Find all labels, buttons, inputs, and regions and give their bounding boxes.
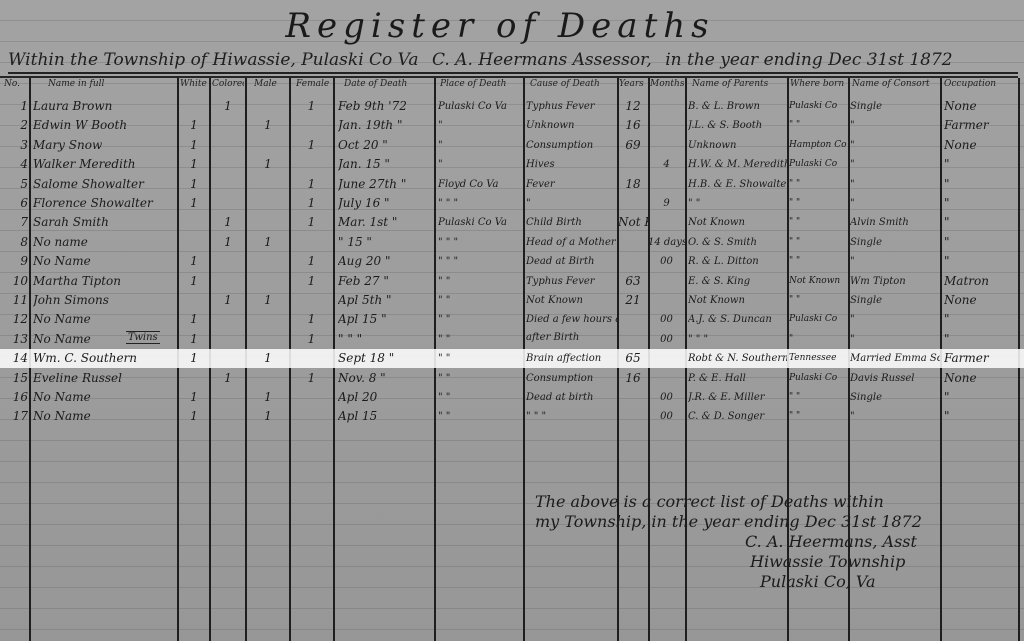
- table-row: 11John Simons11Apl 5th "" "Not Known21No…: [0, 291, 1024, 310]
- cell-place: ": [438, 155, 523, 174]
- cell-female: [290, 388, 333, 407]
- cell-consort: ": [850, 310, 940, 329]
- cell-consort: Single: [850, 388, 940, 407]
- cell-female: 1: [290, 213, 333, 232]
- cell-cause: Typhus Fever: [526, 272, 617, 291]
- cell-consort: ": [850, 175, 940, 194]
- document-subtitle: Within the Township of Hiwassie, Pulaski…: [8, 50, 1018, 74]
- cell-consort: Married Emma Southern: [850, 349, 940, 368]
- cell-female: [290, 155, 333, 174]
- cell-no: 5: [2, 175, 30, 194]
- cell-male: [246, 310, 290, 329]
- cell-female: [290, 233, 333, 252]
- cell-years: 63: [618, 272, 648, 291]
- cell-cause: Head of a Mother: [526, 233, 617, 252]
- cell-place: Pulaski Co Va: [438, 97, 523, 116]
- cell-name: Salome Showalter: [33, 175, 178, 194]
- cell-consort: ": [850, 194, 940, 213]
- cell-male: 1: [246, 291, 290, 310]
- cell-months: 00: [648, 407, 685, 426]
- table-row: 6Florence Showalter11July 16 "" " ""9" "…: [0, 194, 1024, 213]
- cell-months: [648, 272, 685, 291]
- cell-parents: Not Known: [688, 213, 787, 232]
- cell-white: [178, 97, 210, 116]
- cell-colored: [210, 272, 246, 291]
- cell-parents: B. & L. Brown: [688, 97, 787, 116]
- cell-years: [618, 310, 648, 329]
- cell-cause: Typhus Fever: [526, 97, 617, 116]
- cell-male: [246, 97, 290, 116]
- cell-parents: C. & D. Songer: [688, 407, 787, 426]
- cell-no: 3: [2, 136, 30, 155]
- cell-no: 8: [2, 233, 30, 252]
- cell-name: No Name: [33, 252, 178, 271]
- cell-place: " ": [438, 330, 523, 349]
- cell-female: 1: [290, 175, 333, 194]
- cell-white: 1: [178, 349, 210, 368]
- certification-block: The above is a correct list of Deaths wi…: [535, 492, 1015, 592]
- cell-date: Nov. 8 ": [338, 369, 434, 388]
- cell-colored: 1: [210, 369, 246, 388]
- cell-colored: [210, 116, 246, 135]
- cell-no: 15: [2, 369, 30, 388]
- cell-date: June 27th ": [338, 175, 434, 194]
- cell-place: " ": [438, 407, 523, 426]
- cell-female: 1: [290, 136, 333, 155]
- cell-place: " ": [438, 310, 523, 329]
- cell-white: 1: [178, 388, 210, 407]
- cell-where-born: Pulaski Co: [789, 369, 848, 388]
- table-row: 15Eveline Russel11Nov. 8 "" "Consumption…: [0, 369, 1024, 388]
- register-page: Register of Deaths Within the Township o…: [0, 0, 1024, 641]
- table-row: 14Wm. C. Southern11Sept 18 "" "Brain aff…: [0, 349, 1024, 368]
- cell-months: [648, 136, 685, 155]
- cell-name: Laura Brown: [33, 97, 178, 116]
- cell-female: [290, 407, 333, 426]
- certification-line-2: my Township, in the year ending Dec 31st…: [535, 512, 1015, 532]
- header-place: Place of Death: [440, 79, 522, 95]
- header-months: Months: [650, 79, 684, 95]
- cell-date: Jan. 15 ": [338, 155, 434, 174]
- cell-where-born: " ": [789, 233, 848, 252]
- cell-months: [648, 213, 685, 232]
- cell-female: 1: [290, 97, 333, 116]
- cell-no: 10: [2, 272, 30, 291]
- table-row: 5Salome Showalter11June 27th "Floyd Co V…: [0, 175, 1024, 194]
- cell-consort: ": [850, 136, 940, 155]
- cell-place: " " ": [438, 194, 523, 213]
- cell-occupation: None: [944, 97, 1018, 116]
- cell-no: 1: [2, 97, 30, 116]
- twins-annotation: Twins: [126, 331, 160, 344]
- cell-months: [648, 116, 685, 135]
- cell-parents: " ": [688, 194, 787, 213]
- cell-where-born: " ": [789, 407, 848, 426]
- cell-colored: 1: [210, 291, 246, 310]
- cell-months: [648, 175, 685, 194]
- cell-months: [648, 291, 685, 310]
- cell-months: [648, 369, 685, 388]
- cell-place: " ": [438, 388, 523, 407]
- cell-occupation: ": [944, 155, 1018, 174]
- cell-female: 1: [290, 369, 333, 388]
- cell-name: Eveline Russel: [33, 369, 178, 388]
- cell-date: Aug 20 ": [338, 252, 434, 271]
- cell-female: 1: [290, 194, 333, 213]
- table-row: 7Sarah Smith11Mar. 1st "Pulaski Co VaChi…: [0, 213, 1024, 232]
- header-parents: Name of Parents: [692, 79, 786, 95]
- cell-male: 1: [246, 388, 290, 407]
- cell-no: 4: [2, 155, 30, 174]
- cell-months: 00: [648, 388, 685, 407]
- cell-consort: ": [850, 116, 940, 135]
- cell-years: 69: [618, 136, 648, 155]
- cell-occupation: ": [944, 407, 1018, 426]
- cell-years: 16: [618, 369, 648, 388]
- cell-no: 17: [2, 407, 30, 426]
- cell-cause: Not Known: [526, 291, 617, 310]
- cell-no: 12: [2, 310, 30, 329]
- cell-colored: 1: [210, 233, 246, 252]
- header-name: Name in full: [48, 79, 176, 95]
- cell-where-born: Hampton Co: [789, 136, 848, 155]
- cell-male: [246, 136, 290, 155]
- cell-date: Feb 27 ": [338, 272, 434, 291]
- cell-place: ": [438, 136, 523, 155]
- cell-female: [290, 349, 333, 368]
- cell-consort: Davis Russel: [850, 369, 940, 388]
- cell-where-born: Tennessee: [789, 349, 848, 368]
- header-female: Female: [296, 79, 332, 95]
- cell-cause: Brain affection: [526, 349, 617, 368]
- cell-no: 9: [2, 252, 30, 271]
- cell-where-born: Pulaski Co: [789, 310, 848, 329]
- cell-cause: Consumption: [526, 369, 617, 388]
- cell-white: [178, 233, 210, 252]
- subtitle-assessor: C. A. Heermans Assessor,: [432, 50, 652, 70]
- cell-white: 1: [178, 272, 210, 291]
- cell-years: 12: [618, 97, 648, 116]
- cell-name: Wm. C. Southern: [33, 349, 178, 368]
- cell-occupation: ": [944, 233, 1018, 252]
- cell-date: Apl 15 ": [338, 310, 434, 329]
- cell-parents: A.J. & S. Duncan: [688, 310, 787, 329]
- cell-parents: Unknown: [688, 136, 787, 155]
- cell-where-born: " ": [789, 252, 848, 271]
- cell-place: " ": [438, 369, 523, 388]
- cell-name: No Name: [33, 310, 178, 329]
- cell-cause: Fever: [526, 175, 617, 194]
- cell-occupation: Farmer: [944, 116, 1018, 135]
- header-cause: Cause of Death: [530, 79, 616, 95]
- cell-occupation: ": [944, 330, 1018, 349]
- cell-occupation: None: [944, 291, 1018, 310]
- cell-years: [618, 233, 648, 252]
- subtitle-year: in the year ending Dec 31st 1872: [665, 50, 952, 70]
- cell-occupation: ": [944, 175, 1018, 194]
- cell-years: [618, 194, 648, 213]
- cell-male: 1: [246, 233, 290, 252]
- table-row: 9No Name11Aug 20 "" " "Dead at Birth00R.…: [0, 252, 1024, 271]
- cell-white: 1: [178, 407, 210, 426]
- cell-female: 1: [290, 330, 333, 349]
- cell-male: 1: [246, 116, 290, 135]
- cell-cause: Child Birth: [526, 213, 617, 232]
- cell-colored: [210, 175, 246, 194]
- cell-years: 65: [618, 349, 648, 368]
- header-consort: Name of Consort: [852, 79, 938, 95]
- cell-male: [246, 369, 290, 388]
- cell-consort: Single: [850, 233, 940, 252]
- cell-parents: O. & S. Smith: [688, 233, 787, 252]
- cell-months: 00: [648, 330, 685, 349]
- cell-male: 1: [246, 349, 290, 368]
- cell-cause: Dead at birth: [526, 388, 617, 407]
- cell-white: 1: [178, 136, 210, 155]
- signature-county: Pulaski Co, Va: [535, 572, 1015, 592]
- cell-place: " ": [438, 291, 523, 310]
- cell-female: [290, 116, 333, 135]
- cell-white: 1: [178, 116, 210, 135]
- cell-male: 1: [246, 155, 290, 174]
- cell-occupation: ": [944, 252, 1018, 271]
- cell-years: [618, 388, 648, 407]
- cell-white: [178, 291, 210, 310]
- cell-cause: " " ": [526, 407, 617, 426]
- cell-female: [290, 291, 333, 310]
- cell-years: Not Known: [618, 213, 648, 232]
- cell-date: " " ": [338, 330, 434, 349]
- cell-place: " ": [438, 272, 523, 291]
- cell-colored: [210, 310, 246, 329]
- cell-name: Florence Showalter: [33, 194, 178, 213]
- cell-where-born: " ": [789, 388, 848, 407]
- header-male: Male: [254, 79, 288, 95]
- table-row: 16No Name11Apl 20" "Dead at birth00J.R. …: [0, 388, 1024, 407]
- cell-name: Martha Tipton: [33, 272, 178, 291]
- cell-no: 6: [2, 194, 30, 213]
- cell-male: 1: [246, 407, 290, 426]
- cell-parents: E. & S. King: [688, 272, 787, 291]
- cell-months: 9: [648, 194, 685, 213]
- cell-colored: [210, 330, 246, 349]
- certification-line-1: The above is a correct list of Deaths wi…: [535, 492, 1015, 512]
- cell-occupation: None: [944, 369, 1018, 388]
- cell-consort: ": [850, 252, 940, 271]
- header-rule: [0, 76, 1018, 78]
- signature-township: Hiwassie Township: [535, 552, 1015, 572]
- cell-parents: H.B. & E. Showalter: [688, 175, 787, 194]
- cell-date: Apl 15: [338, 407, 434, 426]
- cell-name: No name: [33, 233, 178, 252]
- cell-white: 1: [178, 310, 210, 329]
- cell-cause: Died a few hours after Birth: [526, 310, 617, 329]
- cell-female: 1: [290, 252, 333, 271]
- cell-years: [618, 155, 648, 174]
- cell-consort: Single: [850, 97, 940, 116]
- cell-place: " " ": [438, 252, 523, 271]
- cell-name: Sarah Smith: [33, 213, 178, 232]
- cell-where-born: Pulaski Co: [789, 97, 848, 116]
- cell-male: [246, 330, 290, 349]
- cell-colored: [210, 388, 246, 407]
- cell-where-born: " ": [789, 175, 848, 194]
- cell-parents: H.W. & M. Meredith: [688, 155, 787, 174]
- cell-cause: Consumption: [526, 136, 617, 155]
- cell-years: 18: [618, 175, 648, 194]
- cell-parents: P. & E. Hall: [688, 369, 787, 388]
- cell-white: 1: [178, 330, 210, 349]
- cell-occupation: Matron: [944, 272, 1018, 291]
- cell-months: 4: [648, 155, 685, 174]
- header-where-born: Where born: [790, 79, 846, 95]
- cell-consort: Alvin Smith: [850, 213, 940, 232]
- cell-where-born: Pulaski Co: [789, 155, 848, 174]
- cell-place: " " ": [438, 233, 523, 252]
- header-no: No.: [4, 79, 28, 95]
- cell-date: Apl 20: [338, 388, 434, 407]
- cell-no: 14: [2, 349, 30, 368]
- cell-male: [246, 175, 290, 194]
- assessor-signature: C. A. Heermans, Asst: [535, 532, 1015, 552]
- cell-where-born: " ": [789, 116, 848, 135]
- cell-where-born: ": [789, 330, 848, 349]
- cell-date: Apl 5th ": [338, 291, 434, 310]
- cell-years: 21: [618, 291, 648, 310]
- cell-male: [246, 213, 290, 232]
- cell-no: 13: [2, 330, 30, 349]
- cell-no: 11: [2, 291, 30, 310]
- cell-name: No Name: [33, 407, 178, 426]
- table-row: 1Laura Brown11Feb 9th '72Pulaski Co VaTy…: [0, 97, 1024, 116]
- cell-white: [178, 369, 210, 388]
- cell-place: " ": [438, 349, 523, 368]
- document-title: Register of Deaths: [230, 6, 770, 46]
- cell-male: [246, 194, 290, 213]
- cell-colored: [210, 155, 246, 174]
- header-white: White: [180, 79, 208, 95]
- cell-date: Feb 9th '72: [338, 97, 434, 116]
- cell-white: 1: [178, 155, 210, 174]
- cell-occupation: ": [944, 213, 1018, 232]
- cell-parents: Not Known: [688, 291, 787, 310]
- cell-white: [178, 213, 210, 232]
- cell-white: 1: [178, 252, 210, 271]
- cell-name: No Name: [33, 388, 178, 407]
- cell-parents: J.R. & E. Miller: [688, 388, 787, 407]
- cell-colored: [210, 407, 246, 426]
- cell-cause: ": [526, 194, 617, 213]
- cell-where-born: " ": [789, 194, 848, 213]
- cell-date: Sept 18 ": [338, 349, 434, 368]
- cell-parents: R. & L. Ditton: [688, 252, 787, 271]
- header-date: Date of Death: [344, 79, 432, 95]
- cell-years: [618, 252, 648, 271]
- cell-parents: Robt & N. Southern: [688, 349, 787, 368]
- cell-date: Jan. 19th ": [338, 116, 434, 135]
- cell-male: [246, 272, 290, 291]
- cell-cause: Unknown: [526, 116, 617, 135]
- cell-occupation: Farmer: [944, 349, 1018, 368]
- cell-months: [648, 97, 685, 116]
- cell-occupation: ": [944, 310, 1018, 329]
- table-row: 3Mary Snow11Oct 20 ""Consumption69Unknow…: [0, 136, 1024, 155]
- cell-colored: [210, 252, 246, 271]
- header-colored: Colored: [212, 79, 244, 95]
- cell-colored: 1: [210, 213, 246, 232]
- cell-date: " 15 ": [338, 233, 434, 252]
- cell-no: 7: [2, 213, 30, 232]
- cell-occupation: ": [944, 194, 1018, 213]
- cell-where-born: Not Known: [789, 272, 848, 291]
- cell-colored: 1: [210, 97, 246, 116]
- cell-white: 1: [178, 175, 210, 194]
- cell-cause: Hives: [526, 155, 617, 174]
- cell-consort: ": [850, 407, 940, 426]
- header-years: Years: [619, 79, 647, 95]
- cell-where-born: " ": [789, 291, 848, 310]
- subtitle-township: Within the Township of Hiwassie, Pulaski…: [8, 50, 419, 70]
- cell-name: John Simons: [33, 291, 178, 310]
- cell-no: 2: [2, 116, 30, 135]
- header-occupation: Occupation: [944, 79, 1016, 95]
- cause-continuation: after Birth: [526, 332, 579, 343]
- table-row: 17No Name11Apl 15" "" " "00C. & D. Songe…: [0, 407, 1024, 426]
- cell-female: 1: [290, 310, 333, 329]
- cell-consort: Wm Tipton: [850, 272, 940, 291]
- cell-date: Oct 20 ": [338, 136, 434, 155]
- cell-place: Pulaski Co Va: [438, 213, 523, 232]
- cell-place: Floyd Co Va: [438, 175, 523, 194]
- table-row: 12No Name11Apl 15 "" "Died a few hours a…: [0, 310, 1024, 329]
- cell-no: 16: [2, 388, 30, 407]
- cell-years: [618, 407, 648, 426]
- cell-years: [618, 330, 648, 349]
- cell-occupation: None: [944, 136, 1018, 155]
- cell-consort: ": [850, 330, 940, 349]
- cell-female: 1: [290, 272, 333, 291]
- cell-colored: [210, 136, 246, 155]
- cell-years: 16: [618, 116, 648, 135]
- table-row: 4Walker Meredith11Jan. 15 ""Hives4H.W. &…: [0, 155, 1024, 174]
- cell-place: ": [438, 116, 523, 135]
- cell-months: 00: [648, 252, 685, 271]
- cell-months: [648, 349, 685, 368]
- table-row: 10Martha Tipton11Feb 27 "" "Typhus Fever…: [0, 272, 1024, 291]
- cell-parents: J.L. & S. Booth: [688, 116, 787, 135]
- cell-occupation: ": [944, 388, 1018, 407]
- cell-name: Walker Meredith: [33, 155, 178, 174]
- cell-colored: [210, 194, 246, 213]
- cell-name: Edwin W Booth: [33, 116, 178, 135]
- cell-name: Mary Snow: [33, 136, 178, 155]
- cell-where-born: " ": [789, 213, 848, 232]
- table-row: 2Edwin W Booth11Jan. 19th ""Unknown16J.L…: [0, 116, 1024, 135]
- cell-male: [246, 252, 290, 271]
- cell-parents: " " ": [688, 330, 787, 349]
- table-row: 8No name11" 15 "" " "Head of a Mother14 …: [0, 233, 1024, 252]
- cell-consort: ": [850, 155, 940, 174]
- cell-white: 1: [178, 194, 210, 213]
- cell-months: 00: [648, 310, 685, 329]
- cell-colored: [210, 349, 246, 368]
- cell-months: 14 days: [648, 233, 685, 252]
- cell-date: Mar. 1st ": [338, 213, 434, 232]
- cell-date: July 16 ": [338, 194, 434, 213]
- cell-consort: Single: [850, 291, 940, 310]
- cell-cause: Dead at Birth: [526, 252, 617, 271]
